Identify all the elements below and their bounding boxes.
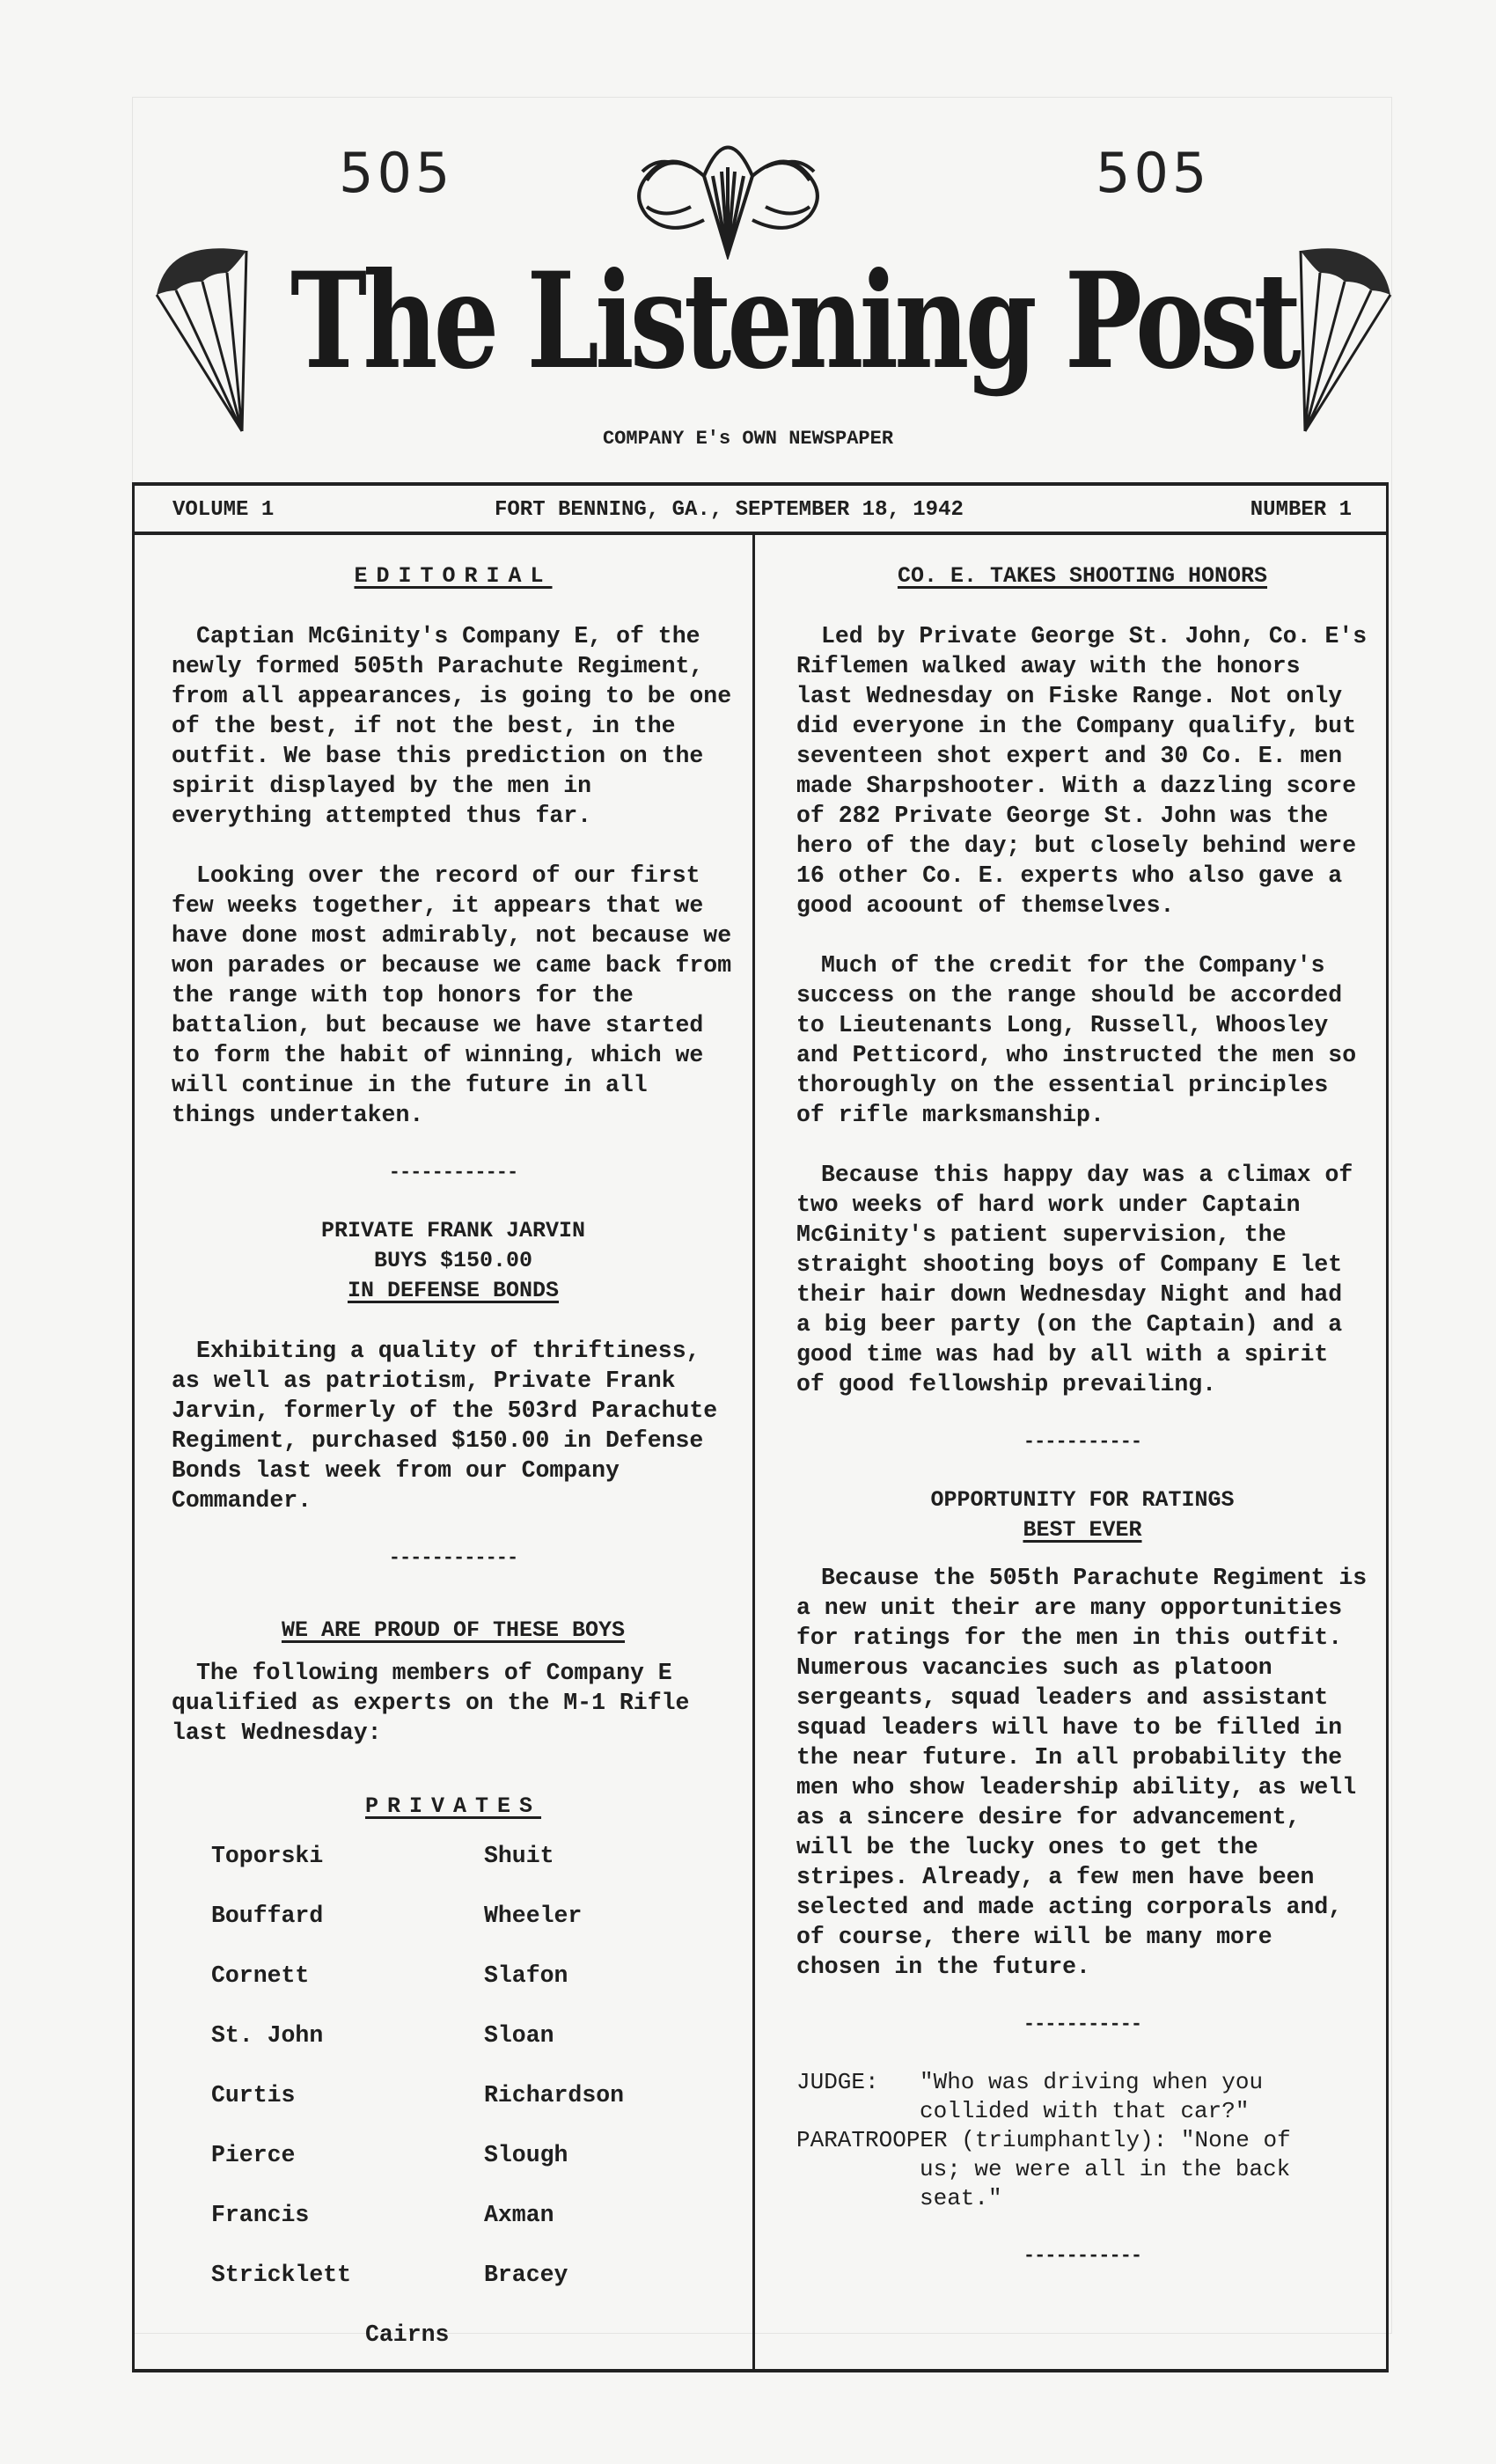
- ratings-paragraph: Because the 505th Parachute Regiment is …: [796, 1563, 1368, 1982]
- ratings-heading: OPPORTUNITY FOR RATINGS BEST EVER: [796, 1485, 1368, 1545]
- page-frame: VOLUME 1 FORT BENNING, GA., SEPTEMBER 18…: [132, 482, 1389, 2372]
- bonds-paragraph: Exhibiting a quality of thriftiness, as …: [172, 1336, 735, 1515]
- list-item: ToporskiShuit: [172, 1841, 735, 1901]
- shooting-paragraph: Because this happy day was a climax of t…: [796, 1160, 1368, 1399]
- list-item: StricklettBracey: [172, 2260, 735, 2320]
- rule-right: [1386, 482, 1389, 2372]
- left-column: EDITORIAL Captian McGinity's Company E, …: [172, 561, 735, 2350]
- parachute-icon: [150, 233, 255, 436]
- separator: ------------: [172, 1545, 735, 1572]
- list-item: FrancisAxman: [172, 2200, 735, 2260]
- issue-number: NUMBER 1: [1250, 498, 1352, 522]
- rule-bottom: [132, 2369, 1389, 2372]
- list-item: St. JohnSloan: [172, 2020, 735, 2080]
- right-column: CO. E. TAKES SHOOTING HONORS Led by Priv…: [796, 561, 1368, 2270]
- shooting-heading: CO. E. TAKES SHOOTING HONORS: [796, 561, 1368, 591]
- separator: -----------: [796, 2243, 1368, 2270]
- volume: VOLUME 1: [172, 498, 274, 522]
- parachute-wings-icon: [620, 123, 836, 260]
- separator: -----------: [796, 1429, 1368, 1456]
- shooting-paragraph: Led by Private George St. John, Co. E's …: [796, 621, 1368, 920]
- privates-list: ToporskiShuit BouffardWheeler CornettSla…: [172, 1841, 735, 2350]
- column-divider: [752, 532, 755, 2372]
- regiment-number-right: 505: [1096, 141, 1210, 205]
- regiment-number-left: 505: [339, 141, 453, 205]
- separator: -----------: [796, 2012, 1368, 2038]
- editorial-paragraph: Looking over the record of our first few…: [172, 861, 735, 1130]
- proud-paragraph: The following members of Company E quali…: [172, 1658, 735, 1748]
- editorial-heading: EDITORIAL: [172, 561, 735, 591]
- list-item: Cairns: [172, 2320, 735, 2350]
- proud-heading: WE ARE PROUD OF THESE BOYS: [172, 1616, 735, 1646]
- rule-top: [132, 482, 1389, 486]
- joke: JUDGE:"Who was driving when you collided…: [796, 2068, 1368, 2213]
- rule-dateline: [132, 532, 1389, 535]
- separator: ------------: [172, 1160, 735, 1186]
- joke-speaker-line: PARATROOPER (triumphantly): "None of: [796, 2126, 1368, 2155]
- list-item: CurtisRichardson: [172, 2080, 735, 2140]
- place-date: FORT BENNING, GA., SEPTEMBER 18, 1942: [495, 498, 964, 522]
- editorial-paragraph: Captian McGinity's Company E, of the new…: [172, 621, 735, 831]
- rule-left: [132, 482, 135, 2372]
- list-item: CornettSlafon: [172, 1961, 735, 2020]
- tagline: COMPANY E's OWN NEWSPAPER: [0, 428, 1496, 450]
- privates-heading: PRIVATES: [172, 1792, 735, 1822]
- dateline: VOLUME 1 FORT BENNING, GA., SEPTEMBER 18…: [132, 495, 1389, 530]
- joke-speaker: JUDGE:: [796, 2068, 920, 2097]
- shooting-paragraph: Much of the credit for the Company's suc…: [796, 950, 1368, 1130]
- bonds-heading: PRIVATE FRANK JARVIN BUYS $150.00 IN DEF…: [172, 1216, 735, 1306]
- parachute-icon: [1292, 233, 1397, 436]
- newspaper-title: The Listening Post: [290, 255, 1073, 387]
- list-item: PierceSlough: [172, 2140, 735, 2200]
- list-item: BouffardWheeler: [172, 1901, 735, 1961]
